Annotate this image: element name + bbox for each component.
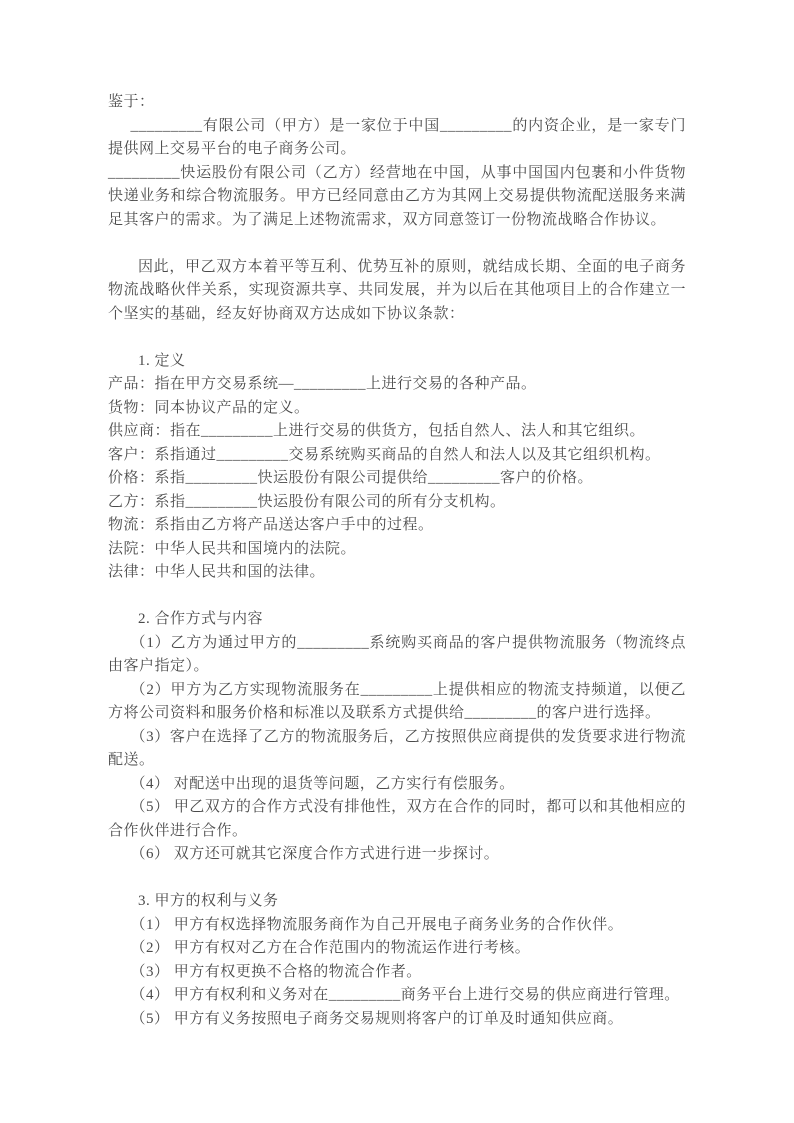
clause-3-2: （2） 甲方有权对乙方在合作范围内的物流运作进行考核。	[108, 937, 686, 961]
definition-product: 产品：指在甲方交易系统—_________上进行交易的各种产品。	[108, 373, 686, 397]
definition-price: 价格：系指_________快运股份有限公司提供给_________客户的价格。	[108, 467, 686, 491]
definition-law: 法律：中华人民共和国的法律。	[108, 561, 686, 585]
clause-2-1: （1）乙方为通过甲方的_________系统购买商品的客户提供物流服务（物流终点…	[108, 632, 686, 679]
contract-document: 鉴于： _________有限公司（甲方）是一家位于中国_________的内资…	[108, 91, 686, 1031]
clause-2-2: （2）甲方为乙方实现物流服务在_________上提供相应的物流支持频道，以便乙…	[108, 679, 686, 726]
section-2-title: 2. 合作方式与内容	[108, 608, 686, 632]
blank-line	[108, 232, 686, 256]
whereas-label: 鉴于：	[108, 91, 686, 115]
clause-3-3: （3） 甲方有权更换不合格的物流合作者。	[108, 961, 686, 985]
blank-line	[108, 867, 686, 891]
contract-page: 鉴于： _________有限公司（甲方）是一家位于中国_________的内资…	[0, 0, 794, 1123]
clause-2-6: （6） 双方还可就其它深度合作方式进行进一步探讨。	[108, 843, 686, 867]
definition-court: 法院：中华人民共和国境内的法院。	[108, 538, 686, 562]
clause-3-5: （5） 甲方有义务按照电子商务交易规则将客户的订单及时通知供应商。	[108, 1008, 686, 1032]
clause-3-4: （4） 甲方有权利和义务对在_________商务平台上进行交易的供应商进行管理…	[108, 984, 686, 1008]
definition-goods: 货物：同本协议产品的定义。	[108, 397, 686, 421]
clause-2-5: （5） 甲乙双方的合作方式没有排他性，双方在合作的同时，都可以和其他相应的合作伙…	[108, 796, 686, 843]
blank-line	[108, 585, 686, 609]
blank-line	[108, 326, 686, 350]
section-3-title: 3. 甲方的权利与义务	[108, 890, 686, 914]
definition-supplier: 供应商：指在_________上进行交易的供货方，包括自然人、法人和其它组织。	[108, 420, 686, 444]
definition-customer: 客户：系指通过_________交易系统购买商品的自然人和法人以及其它组织机构。	[108, 444, 686, 468]
definition-logistics: 物流：系指由乙方将产品送达客户手中的过程。	[108, 514, 686, 538]
section-1-title: 1. 定义	[108, 350, 686, 374]
recitals-paragraph: 因此，甲乙双方本着平等互利、优势互补的原则，就结成长期、全面的电子商务物流战略伙…	[108, 256, 686, 327]
party-b-paragraph: _________快运股份有限公司（乙方）经营地在中国，从事中国国内包裹和小件货…	[108, 162, 686, 233]
clause-3-1: （1） 甲方有权选择物流服务商作为自己开展电子商务业务的合作伙伴。	[108, 914, 686, 938]
clause-2-4: （4） 对配送中出现的退货等问题，乙方实行有偿服务。	[108, 773, 686, 797]
definition-party-b: 乙方：系指_________快运股份有限公司的所有分支机构。	[108, 491, 686, 515]
party-a-paragraph: _________有限公司（甲方）是一家位于中国_________的内资企业，是…	[108, 115, 686, 162]
clause-2-3: （3）客户在选择了乙方的物流服务后，乙方按照供应商提供的发货要求进行物流配送。	[108, 726, 686, 773]
